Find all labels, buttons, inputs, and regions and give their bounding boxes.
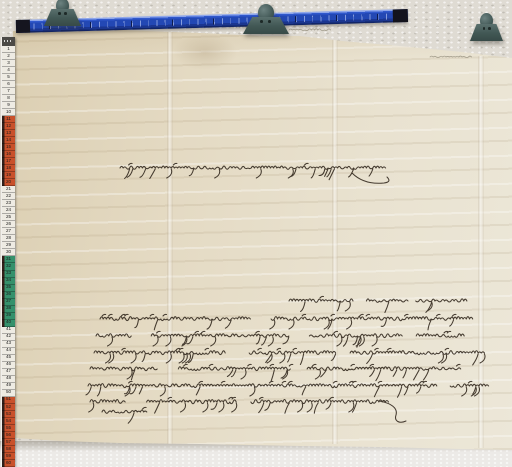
bulldog-clip — [44, 0, 81, 26]
body-line-2 — [96, 331, 464, 347]
ruler-header — [2, 37, 15, 46]
ruler-cm-cell: 55 — [2, 425, 15, 432]
salutation-line — [289, 296, 467, 312]
clip-body — [44, 9, 81, 26]
clip-body — [243, 17, 289, 34]
ruler-cm-cell: 3 — [2, 60, 15, 67]
handwriting-layer — [0, 0, 512, 467]
signature-scribble — [102, 407, 147, 423]
tape-end-cap — [16, 20, 30, 33]
ruler-cm-cell: 58 — [2, 446, 15, 453]
pencil-note-right — [430, 56, 472, 57]
ruler-cm-cell: 52 — [2, 404, 15, 411]
bulldog-clip — [470, 11, 503, 41]
pencil-note-center — [289, 29, 331, 31]
ruler-cm-cell: 57 — [2, 439, 15, 446]
ruler-scale: 1234567891011121314151617181920212223242… — [2, 46, 15, 467]
ruler-cm-cell: 60 — [2, 460, 15, 467]
ruler-cm-cell: 54 — [2, 418, 15, 425]
ruler-cm-cell: 4 — [2, 67, 15, 74]
color-scale-ruler: 1234567891011121314151617181920212223242… — [1, 37, 15, 467]
body-line-5 — [86, 381, 489, 397]
tape-end-cap — [393, 9, 408, 22]
ruler-cm-cell: 53 — [2, 411, 15, 418]
body-line-1 — [100, 314, 473, 329]
ruler-cm-cell: 56 — [2, 432, 15, 439]
body-line-3 — [94, 348, 485, 365]
ruler-cm-cell: 2 — [2, 53, 15, 60]
ruler-cm-cell: 59 — [2, 453, 15, 460]
photograph-of-manuscript: { "scene": { "description": "Archival ph… — [0, 0, 512, 467]
clip-body — [470, 24, 503, 41]
bulldog-clip — [243, 2, 289, 34]
ruler-cm-cell: 51 — [2, 397, 15, 404]
address-line — [120, 163, 389, 183]
ruler-cm-cell: 1 — [2, 46, 15, 53]
body-line-4 — [90, 364, 461, 381]
closing-line — [89, 397, 406, 422]
